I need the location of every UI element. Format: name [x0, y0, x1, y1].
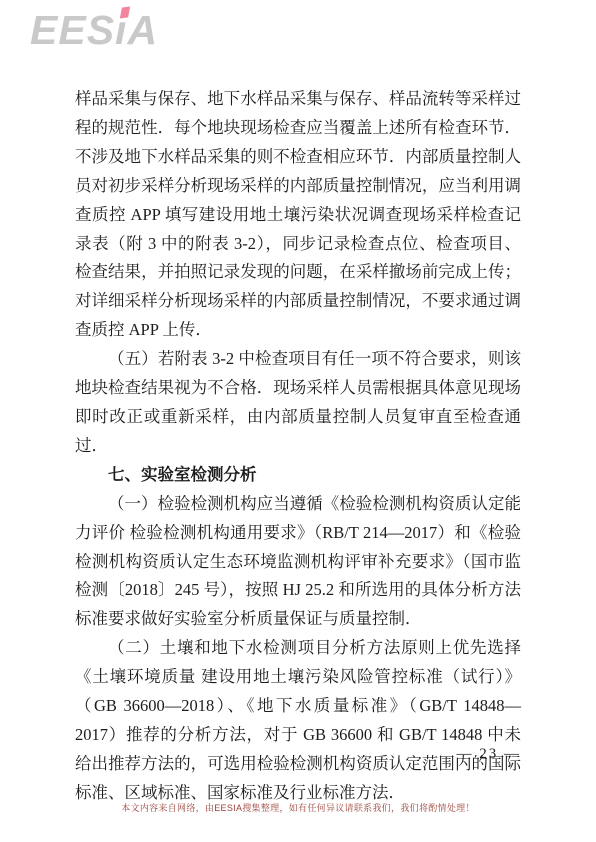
footer-disclaimer: 本文内容来自网络，由EESIA搜集整理，如有任何异议请联系我们，我们将酌情处理！ [0, 801, 596, 814]
logo-letter-i: ı [115, 8, 127, 52]
eesia-logo: EESıA [30, 8, 158, 56]
paragraph: （五）若附表 3-2 中检查项目有任一项不符合要求，则该地块检查结果视为不合格．… [75, 345, 521, 461]
section-heading: 七、实验室检测分析 [75, 461, 521, 490]
logo-text-suffix: A [127, 8, 158, 52]
paragraph: （二）土壤和地下水检测项目分析方法原则上优先选择《土壤环境质量 建设用地土壤污染… [75, 634, 521, 807]
logo-text-prefix: EES [30, 8, 115, 52]
paragraph: （一）检验检测机构应当遵循《检验检测机构资质认定能力评价 检验检测机构通用要求》… [75, 490, 521, 635]
document-body: 样品采集与保存、地下水样品采集与保存、样品流转等采样过程的规范性．每个地块现场检… [75, 85, 521, 808]
document-page: EESıA 样品采集与保存、地下水样品采集与保存、样品流转等采样过程的规范性．每… [0, 0, 596, 842]
paragraph: 样品采集与保存、地下水样品采集与保存、样品流转等采样过程的规范性．每个地块现场检… [75, 85, 521, 345]
page-number: — 23 — [75, 746, 521, 763]
